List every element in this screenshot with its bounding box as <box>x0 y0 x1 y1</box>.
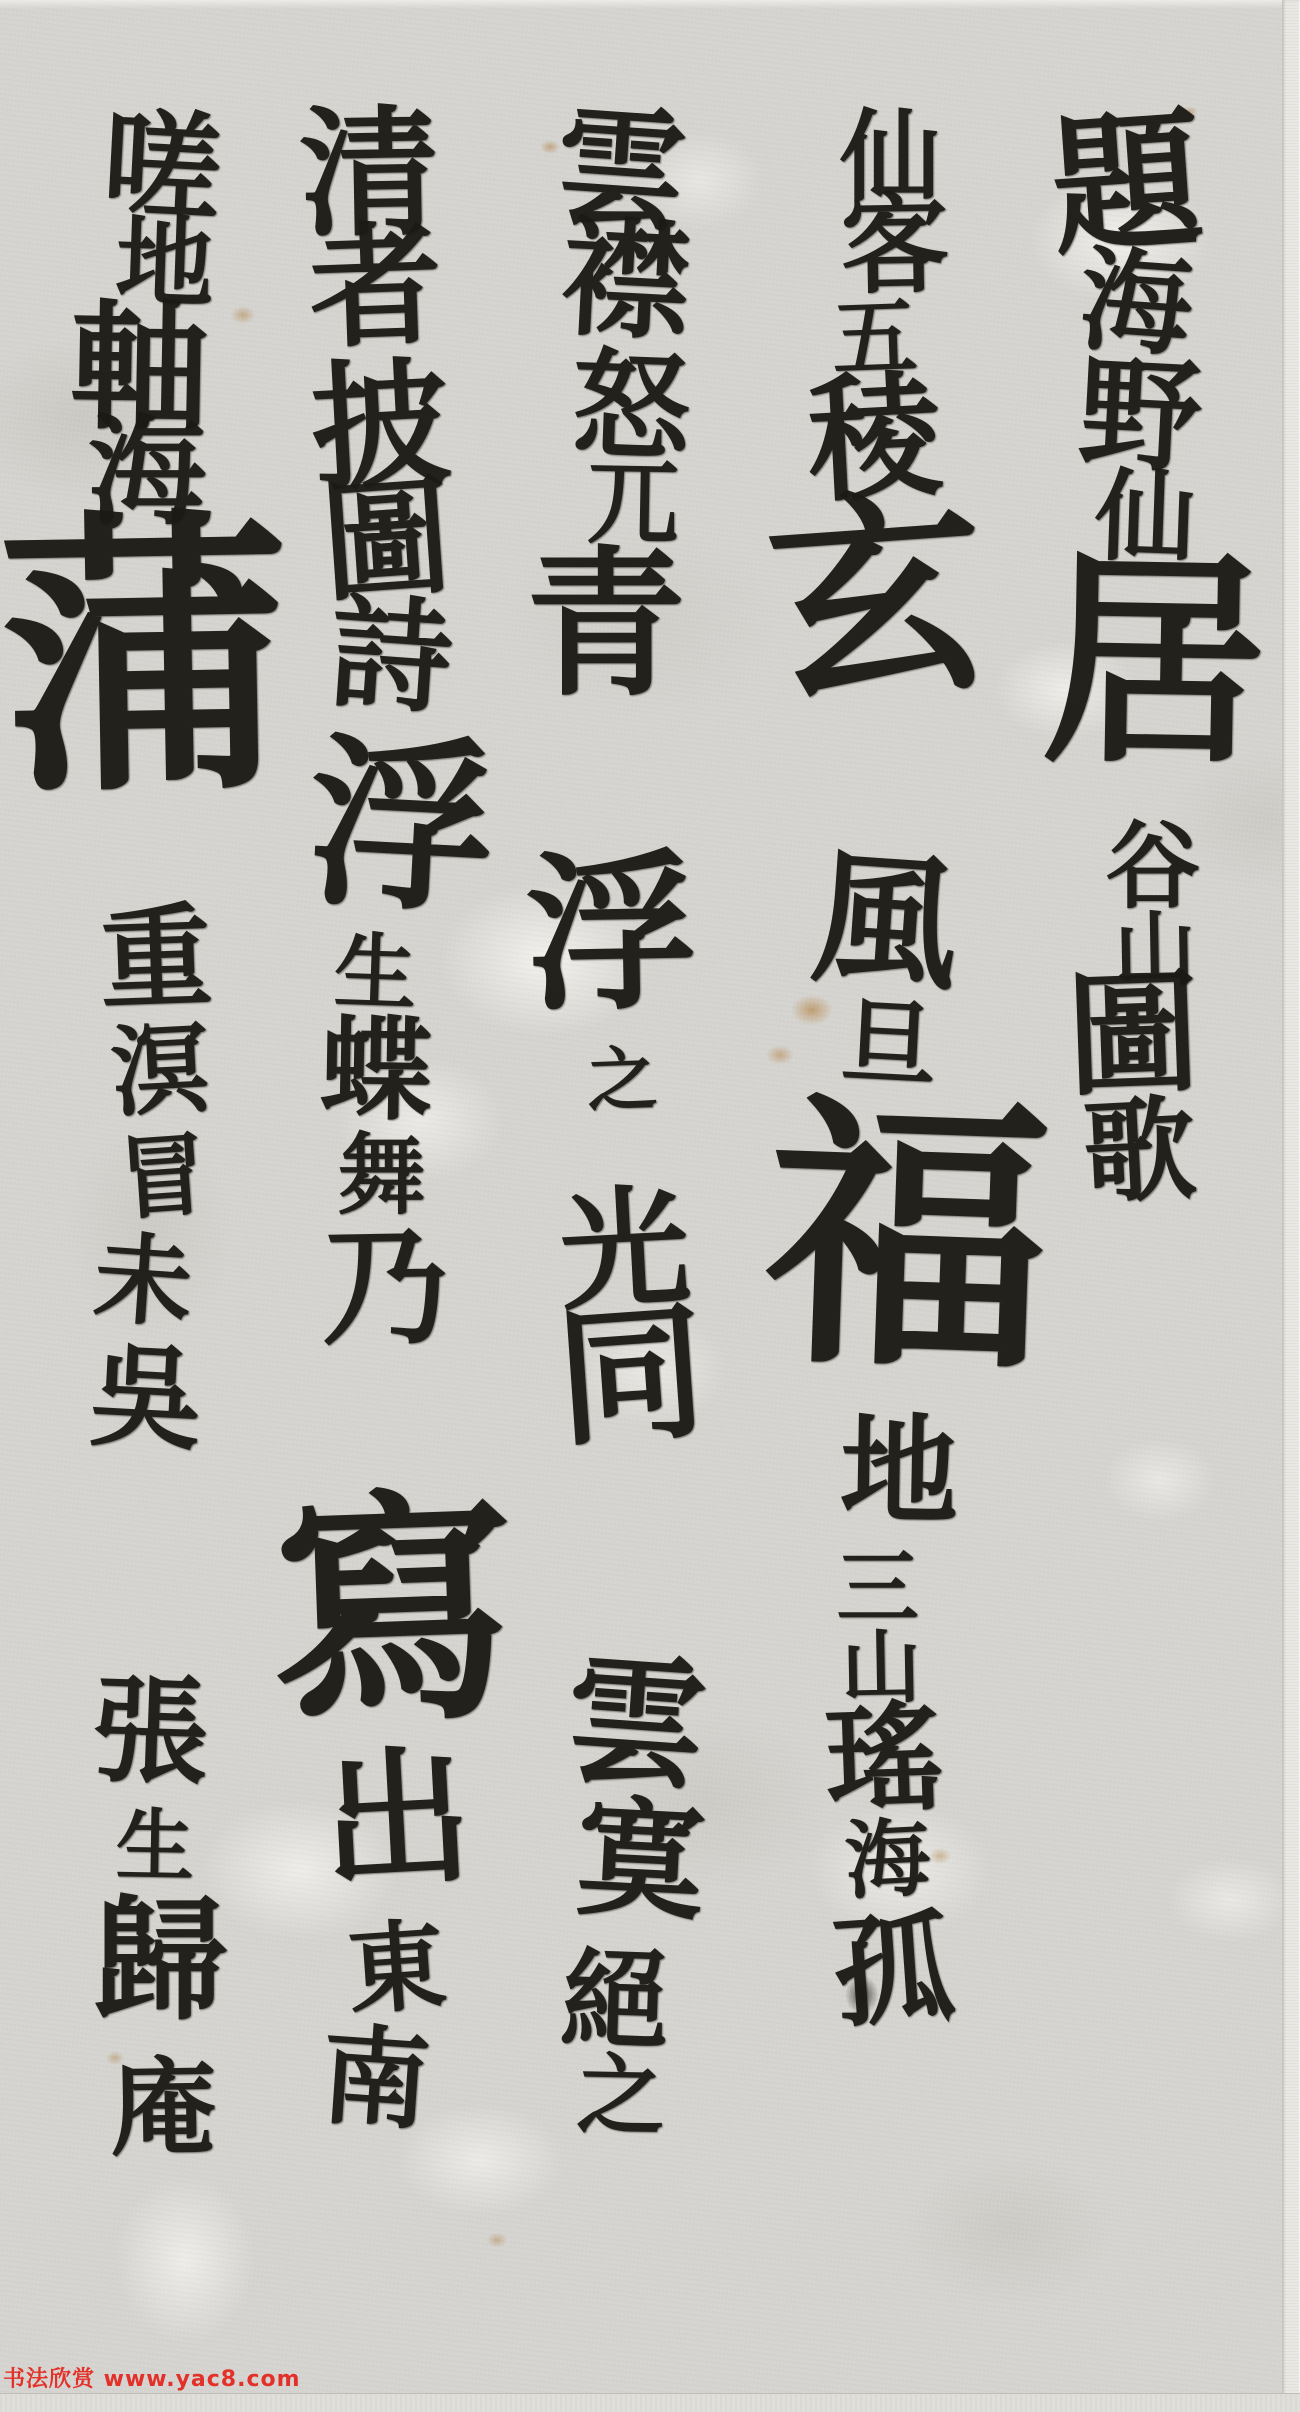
column-4: 清者披圖詩浮生蝶舞乃寫出東南 <box>275 0 495 2412</box>
calligraphy-character: 同 <box>552 1297 710 1455</box>
column-3: 雲襟怒兀青浮之光同雲寞絕之 <box>515 0 735 2412</box>
mounting-edge-right <box>1282 0 1300 2412</box>
calligraphy-character: 之 <box>576 2051 666 2141</box>
calligraphy-character: 生 <box>115 1807 194 1886</box>
calligraphy-character: 歸 <box>93 1894 227 2028</box>
calligraphy-character: 青 <box>526 545 686 705</box>
mounting-edge-bottom <box>0 2393 1300 2412</box>
calligraphy-character: 未 <box>91 1230 196 1335</box>
calligraphy-character: 蒲 <box>0 509 296 809</box>
calligraphy-character: 浮 <box>525 849 698 1022</box>
calligraphy-character: 福 <box>760 1093 1055 1388</box>
calligraphy-character: 之 <box>586 1044 658 1116</box>
column-5: 嗟地軸海蒲重溟冒未吳張生歸庵 <box>45 0 265 2412</box>
calligraphy-character: 寫 <box>268 1486 521 1739</box>
calligraphy-character: 蝶 <box>319 1014 433 1128</box>
calligraphy-character: 詩 <box>326 591 456 721</box>
calligraphy-character: 東 <box>344 1917 449 2022</box>
calligraphy-character: 歌 <box>1081 1093 1199 1211</box>
calligraphy-character: 吳 <box>87 1340 205 1458</box>
calligraphy-character: 玄 <box>762 485 991 714</box>
calligraphy-character: 絕 <box>559 1946 671 2058</box>
calligraphy-character: 寞 <box>573 1795 708 1930</box>
calligraphy-character: 溟 <box>108 1021 211 1124</box>
calligraphy-character: 三 <box>837 1548 919 1630</box>
calligraphy-character: 生 <box>333 932 418 1017</box>
calligraphy-character: 孤 <box>829 1908 957 2036</box>
calligraphy-character: 客 <box>840 192 950 302</box>
calligraphy-character: 張 <box>90 1673 210 1793</box>
calligraphy-character: 瑤 <box>823 1698 945 1820</box>
column-2: 仙客五稜玄風旦福地三山瑤海孤 <box>775 0 995 2412</box>
calligraphy-character: 海 <box>843 1816 932 1905</box>
calligraphy-character: 庵 <box>110 2055 218 2163</box>
calligraphy-character: 出 <box>319 1742 475 1898</box>
calligraphy-character: 地 <box>839 1411 959 1531</box>
calligraphy-character: 乃 <box>320 1224 450 1354</box>
calligraphy-character: 者 <box>307 220 444 357</box>
calligraphy-character: 冒 <box>115 1130 211 1226</box>
calligraphy-character: 居 <box>1040 550 1269 779</box>
watermark-text: 书法欣赏 www.yac8.com <box>3 2362 301 2393</box>
calligraphy-character: 雲 <box>561 1650 710 1799</box>
calligraphy-character: 風 <box>808 845 963 1000</box>
calligraphy-scroll: 題海野仙居谷山圖歌仙客五稜玄風旦福地三山瑤海孤雲襟怒兀青浮之光同雲寞絕之清者披圖… <box>0 0 1300 2412</box>
top-edge-highlight <box>0 0 1300 9</box>
calligraphy-character: 浮 <box>304 730 498 924</box>
calligraphy-character: 重 <box>98 901 214 1017</box>
calligraphy-character: 襟 <box>559 215 694 350</box>
calligraphy-character: 谷 <box>1105 820 1200 915</box>
calligraphy-layer: 題海野仙居谷山圖歌仙客五稜玄風旦福地三山瑤海孤雲襟怒兀青浮之光同雲寞絕之清者披圖… <box>0 0 1300 2412</box>
column-1-title: 題海野仙居谷山圖歌 <box>1035 0 1255 2412</box>
calligraphy-character: 舞 <box>337 1132 425 1220</box>
calligraphy-character: 南 <box>318 2022 433 2137</box>
